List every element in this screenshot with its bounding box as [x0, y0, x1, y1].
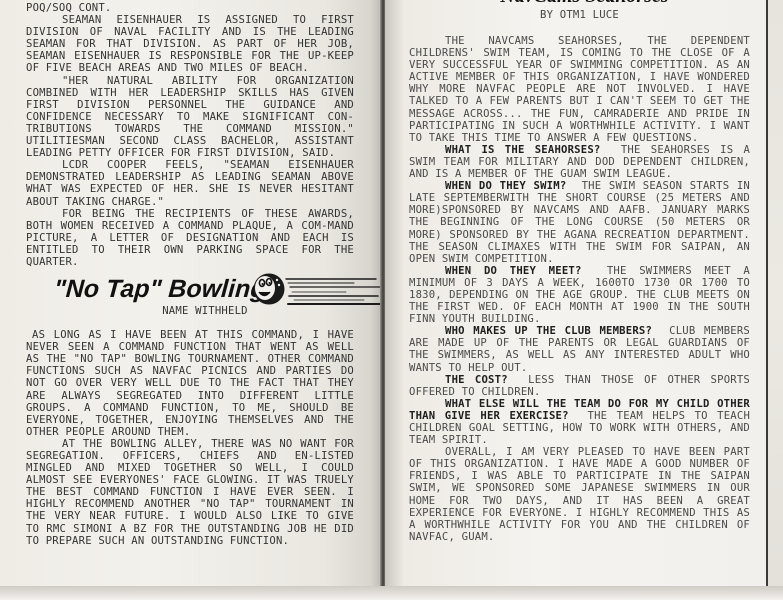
seahorses-article-title: NavCams Seahorses — [409, 0, 750, 8]
bowling-article-body: AS LONG AS I HAVE BEEN AT THIS COMMAND, … — [26, 329, 354, 547]
paragraph: LCDR COOPER FEELS, "SEAMAN EISENHAUER DE… — [26, 159, 354, 207]
page-bottom-edge — [0, 586, 783, 600]
question: WHO MAKES UP THE CLUB MEMBERS? — [445, 325, 652, 337]
poq-soq-article: POQ/SOQ CONT. SEAMAN EISENHAUER IS ASSIG… — [26, 2, 354, 268]
spacer — [26, 319, 354, 329]
speed-lines-icon — [284, 277, 384, 307]
qa-paragraph: THE COST? LESS THAN THOSE OF OTHER SPORT… — [409, 374, 750, 398]
bowling-article-header: "No Tap" Bowling — [26, 271, 354, 319]
seahorses-byline: BY OTM1 LUCE — [409, 9, 750, 21]
qa-paragraph: WHEN DO THEY SWIM? THE SWIM SEASON START… — [409, 180, 750, 265]
question: WHEN DO THEY SWIM? — [445, 180, 566, 192]
paragraph: "HER NATURAL ABILITY FOR ORGANIZATION CO… — [26, 75, 354, 160]
right-page: NavCams Seahorses BY OTM1 LUCE THE NAVCA… — [385, 0, 768, 586]
paragraph: AS LONG AS I HAVE BEEN AT THIS COMMAND, … — [26, 329, 354, 438]
qa-paragraph: WHO MAKES UP THE CLUB MEMBERS? CLUB MEMB… — [409, 325, 750, 373]
paragraph: AT THE BOWLING ALLEY, THERE WAS NO WANT … — [26, 438, 354, 547]
bowling-article-title: "No Tap" Bowling — [53, 275, 267, 304]
closing-paragraph: OVERALL, I AM VERY PLEASED TO HAVE BEEN … — [409, 446, 750, 543]
qa-paragraph: WHAT IS THE SEAHORSES? THE SEAHORSES IS … — [409, 144, 750, 180]
seahorses-article-body: THE NAVCAMS SEAHORSES, THE DEPENDENT CHI… — [409, 35, 750, 543]
question: WHAT IS THE SEAHORSES? — [445, 144, 601, 156]
left-page: POQ/SOQ CONT. SEAMAN EISENHAUER IS ASSIG… — [0, 0, 382, 586]
bowling-ball-face-icon — [252, 272, 288, 306]
newsletter-spread: POQ/SOQ CONT. SEAMAN EISENHAUER IS ASSIG… — [0, 0, 783, 600]
question: WHEN DO THEY MEET? — [445, 265, 582, 277]
seahorses-title-text: NavCams Seahorses — [500, 0, 668, 7]
question: THE COST? — [445, 374, 508, 386]
paragraph: FOR BEING THE RECIPIENTS OF THESE AWARDS… — [26, 208, 354, 268]
continuation-header: POQ/SOQ CONT. — [26, 2, 354, 14]
paragraph: SEAMAN EISENHAUER IS ASSIGNED TO FIRST D… — [26, 14, 354, 74]
qa-paragraph: WHEN DO THEY MEET? THE SWIMMERS MEET A M… — [409, 265, 750, 325]
qa-paragraph: WHAT ELSE WILL THE TEAM DO FOR MY CHILD … — [409, 398, 750, 446]
intro-paragraph: THE NAVCAMS SEAHORSES, THE DEPENDENT CHI… — [409, 35, 750, 144]
bowling-byline: NAME WITHHELD — [26, 305, 354, 317]
answer: THE SWIM SEASON STARTS IN LATE SEPTEMBER… — [409, 180, 750, 265]
